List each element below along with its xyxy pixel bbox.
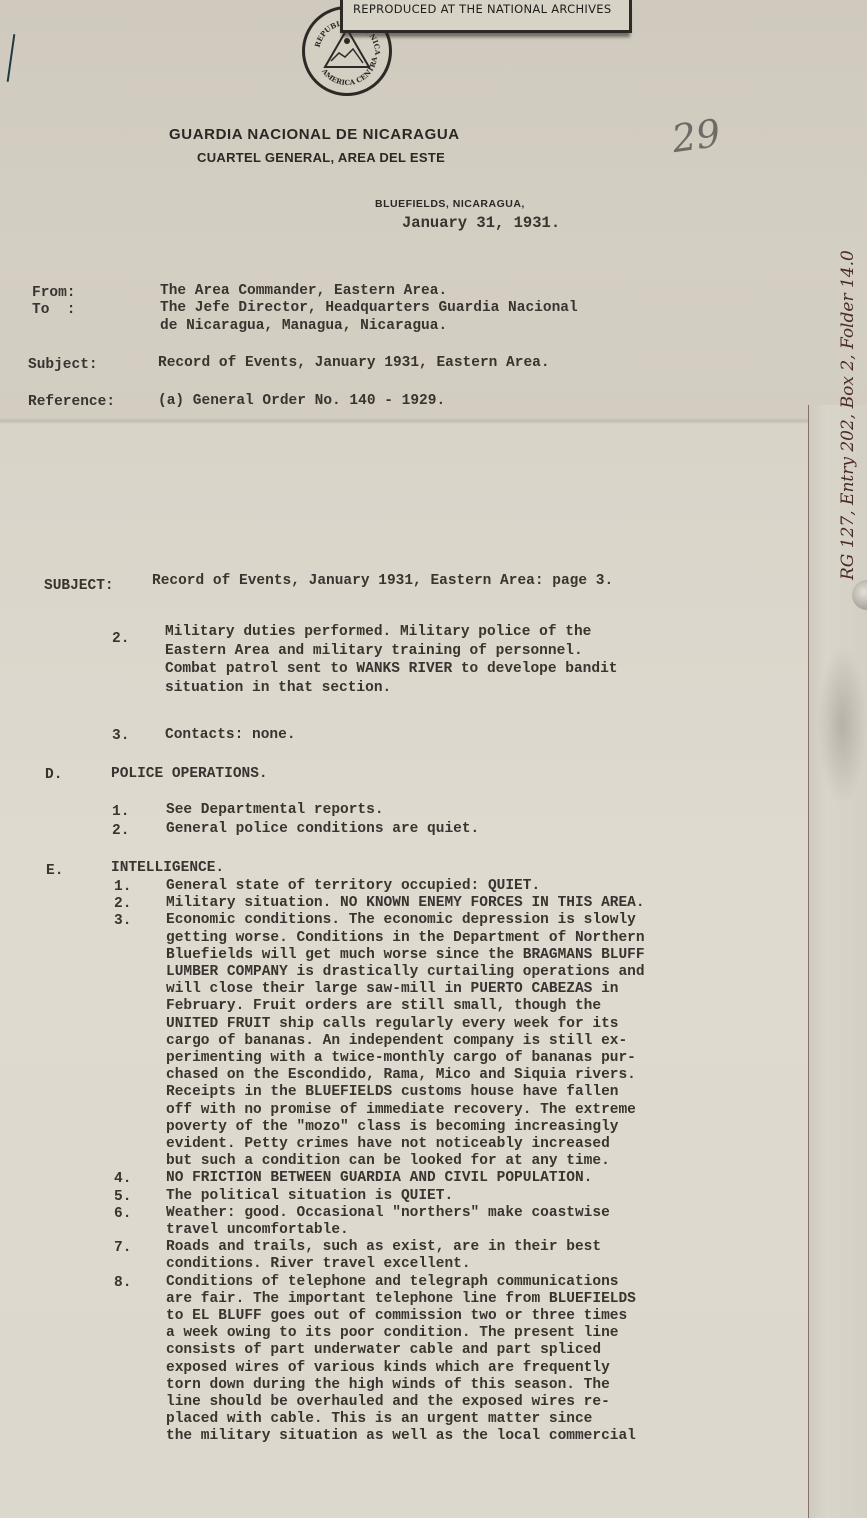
subject-label: Subject: bbox=[28, 356, 98, 374]
item-text: perimenting with a twice-monthly cargo o… bbox=[166, 1049, 636, 1067]
item-text: See Departmental reports. bbox=[166, 801, 384, 819]
item-number: 2. bbox=[112, 822, 129, 840]
item-text: LUMBER COMPANY is drastically curtailing… bbox=[166, 963, 645, 981]
to-value-line2: de Nicaragua, Managua, Nicaragua. bbox=[160, 317, 447, 335]
organization-name: GUARDIA NACIONAL DE NICARAGUA bbox=[169, 126, 460, 143]
item-text: Combat patrol sent to WANKS RIVER to dev… bbox=[165, 660, 617, 678]
item-text: UNITED FRUIT ship calls regularly every … bbox=[166, 1015, 618, 1033]
item-text: Conditions of telephone and telegraph co… bbox=[166, 1273, 618, 1291]
item-text: Bluefields will get much worse since the… bbox=[166, 946, 645, 964]
item-text: getting worse. Conditions in the Departm… bbox=[166, 929, 645, 947]
item-text: Receipts in the BLUEFIELDS customs house… bbox=[166, 1083, 618, 1101]
item-text: situation in that section. bbox=[165, 679, 391, 697]
item-number: 3. bbox=[114, 912, 131, 930]
item-number: 3. bbox=[112, 727, 129, 745]
handwritten-archive-reference: RG 127, Entry 202, Box 2, Folder 14.0 bbox=[838, 250, 858, 580]
item-text: Roads and trails, such as exist, are in … bbox=[166, 1238, 601, 1256]
item-text: General state of territory occupied: QUI… bbox=[166, 877, 540, 895]
archive-stamp: REPRODUCED AT THE NATIONAL ARCHIVES bbox=[340, 0, 632, 33]
item-number: 6. bbox=[114, 1205, 131, 1223]
item-text: torn down during the high winds of this … bbox=[166, 1376, 610, 1394]
item-text: cargo of bananas. An independent company… bbox=[166, 1032, 627, 1050]
item-number: 1. bbox=[114, 878, 131, 896]
from-value: The Area Commander, Eastern Area. bbox=[160, 282, 447, 300]
location: BLUEFIELDS, NICARAGUA, bbox=[375, 198, 525, 210]
letter-date: January 31, 1931. bbox=[402, 214, 560, 232]
item-text: Economic conditions. The economic depres… bbox=[166, 911, 636, 929]
item-text: consists of part underwater cable and pa… bbox=[166, 1341, 601, 1359]
item-number: 1. bbox=[112, 803, 129, 821]
item-text: conditions. River travel excellent. bbox=[166, 1255, 471, 1273]
item-text: Weather: good. Occasional "northers" mak… bbox=[166, 1204, 610, 1222]
item-text: placed with cable. This is an urgent mat… bbox=[166, 1410, 592, 1428]
to-label: To : bbox=[32, 301, 76, 319]
item-text: the military situation as well as the lo… bbox=[166, 1427, 636, 1445]
item-number: 7. bbox=[114, 1239, 131, 1257]
division-name: CUARTEL GENERAL, AREA DEL ESTE bbox=[197, 150, 445, 165]
item-number: 8. bbox=[114, 1274, 131, 1292]
item-number: 5. bbox=[114, 1188, 131, 1206]
item-text: Military duties performed. Military poli… bbox=[165, 623, 591, 641]
sheet-overlap-edge bbox=[0, 418, 867, 424]
smudge bbox=[817, 645, 867, 805]
reference-label: Reference: bbox=[28, 393, 115, 411]
item-number: 4. bbox=[114, 1170, 131, 1188]
item-number: 2. bbox=[114, 895, 131, 913]
item-text: NO FRICTION BETWEEN GUARDIA AND CIVIL PO… bbox=[166, 1169, 592, 1187]
item-text: General police conditions are quiet. bbox=[166, 820, 479, 838]
to-value-line1: The Jefe Director, Headquarters Guardia … bbox=[160, 299, 578, 317]
handwritten-page-number: 29 bbox=[669, 111, 723, 161]
section-title: INTELLIGENCE. bbox=[111, 859, 224, 877]
item-text: to EL BLUFF goes out of commission two o… bbox=[166, 1307, 627, 1325]
reference-value: (a) General Order No. 140 - 1929. bbox=[158, 392, 445, 410]
item-text: evident. Petty crimes have not noticeabl… bbox=[166, 1135, 610, 1153]
item-text: Contacts: none. bbox=[165, 726, 296, 744]
item-text: off with no promise of immediate recover… bbox=[166, 1101, 636, 1119]
item-text: line should be overhauled and the expose… bbox=[166, 1393, 610, 1411]
item-text: travel uncomfortable. bbox=[166, 1221, 349, 1239]
item-text: The political situation is QUIET. bbox=[166, 1187, 453, 1205]
item-text: Military situation. NO KNOWN ENEMY FORCE… bbox=[166, 894, 645, 912]
subject-value: Record of Events, January 1931, Eastern … bbox=[158, 354, 550, 372]
item-text: poverty of the "mozo" class is becoming … bbox=[166, 1118, 618, 1136]
item-text: chased on the Escondido, Rama, Mico and … bbox=[166, 1066, 636, 1084]
from-label: From: bbox=[32, 284, 76, 302]
section-letter: D. bbox=[45, 766, 62, 784]
section-title: POLICE OPERATIONS. bbox=[111, 765, 268, 783]
archive-stamp-text: REPRODUCED AT THE NATIONAL ARCHIVES bbox=[353, 2, 611, 16]
item-text: February. Fruit orders are still small, … bbox=[166, 997, 601, 1015]
item-number: 2. bbox=[112, 630, 129, 648]
item-text: but such a condition can be looked for a… bbox=[166, 1152, 610, 1170]
section-letter: E. bbox=[46, 862, 63, 880]
item-text: are fair. The important telephone line f… bbox=[166, 1290, 636, 1308]
continuation-subject-value: Record of Events, January 1931, Eastern … bbox=[152, 572, 613, 590]
item-text: exposed wires of various kinds which are… bbox=[166, 1359, 610, 1377]
item-text: a week owing to its poor condition. The … bbox=[166, 1324, 618, 1342]
item-text: Eastern Area and military training of pe… bbox=[165, 642, 583, 660]
continuation-subject-label: SUBJECT: bbox=[44, 577, 114, 595]
item-text: will close their large saw-mill in PUERT… bbox=[166, 980, 618, 998]
